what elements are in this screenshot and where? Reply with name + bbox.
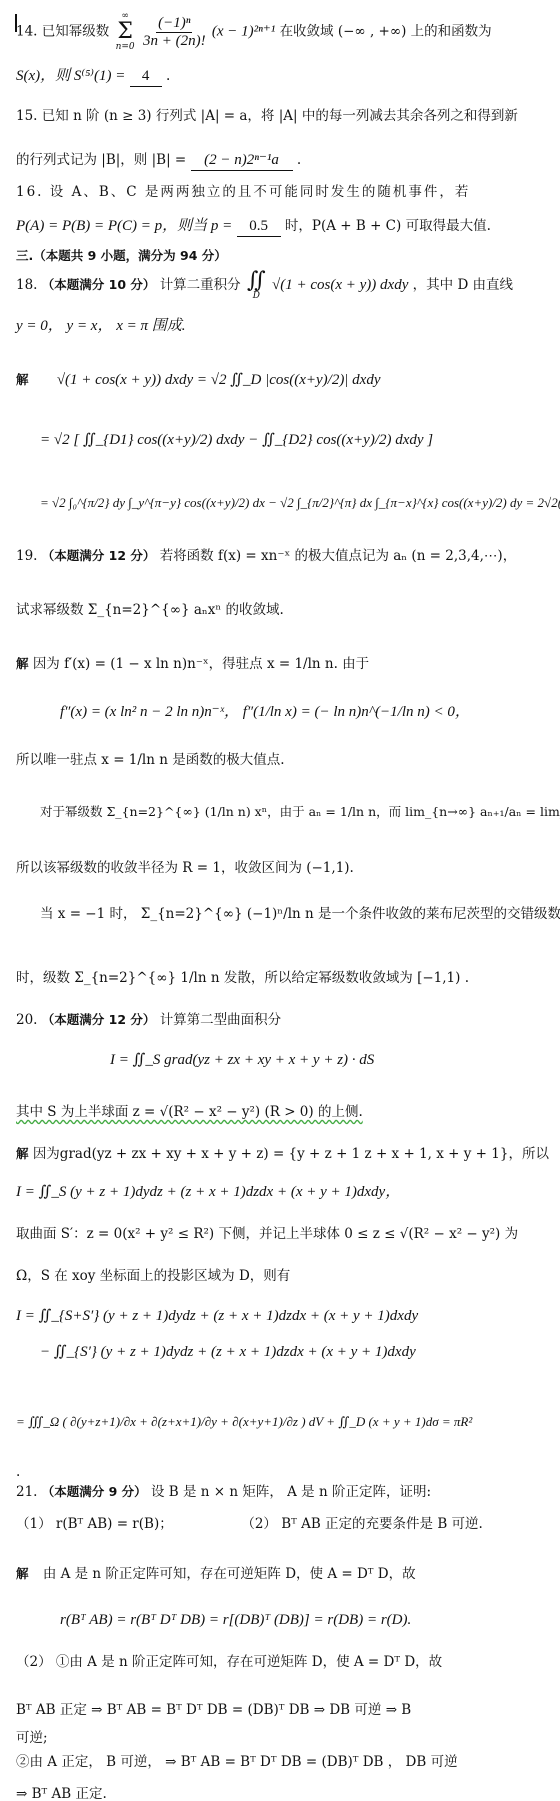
q21-line1: 21. （本题满分 9 分） 设 B 是 n × n 矩阵， A 是 n 阶正定…: [16, 1482, 431, 1502]
solution-step: √(1 + cos(x + y)) dxdy = √2 ∬_D |cos((x+…: [57, 372, 381, 388]
q19-sol6: 当 x = −1 时， Σ_{n=2}^{∞} (−1)ⁿ/ln n 是一个条件…: [40, 904, 560, 924]
q20-formula: I = ∬_S grad(yz + zx + xy + x + y + z) ·…: [110, 1050, 401, 1070]
q19-line1: 19. （本题满分 12 分） 若将函数 f(x) = xn⁻ˣ 的极大值点记为…: [16, 546, 516, 566]
integral-sub: D: [253, 292, 260, 301]
question-number: 16.: [16, 184, 43, 200]
q21-parts: （1） r(Bᵀ AB) = r(B)； （2） Bᵀ AB 正定的充要条件是 …: [16, 1514, 483, 1534]
q18-line2: y = 0， y = x， x = π 围成.: [16, 316, 186, 336]
condition-text: 其中 S 为上半球面 z = √(R² − x² − y²) (R > 0) 的…: [16, 1104, 363, 1120]
q20-line1: 20. （本题满分 12 分） 计算第二型曲面积分: [16, 1010, 281, 1030]
q15-line1: 15. 已知 n 阶 (n ≥ 3) 行列式 |A| = a，将 |A| 中的每…: [16, 106, 518, 126]
q18-text: 计算二重积分: [160, 277, 241, 293]
q18-text2: ，其中 D 由直线: [413, 277, 513, 293]
q20-sol4: Ω，S 在 xoy 坐标面上的投影区域为 D，则有: [16, 1266, 290, 1286]
q14-line1: 14. 已知幂级数 ∞ Σ n=0 (−1)ⁿ 3n + (2n)! (x − …: [16, 12, 492, 52]
q16-line2: P(A) = P(B) = P(C) = p，则当 p = 0.5 时，P(A …: [16, 216, 491, 237]
question-number: 18.: [16, 277, 37, 293]
q16-line2-prefix: P(A) = P(B) = P(C) = p，则当 p =: [16, 218, 232, 234]
integral-symbol: ∬: [247, 270, 266, 292]
solution-label: 解: [16, 656, 29, 671]
solution-step: 由 A 是 n 阶正定阵可知，存在可逆矩阵 D，使 A = Dᵀ D，故: [43, 1566, 416, 1582]
period: .: [166, 68, 170, 84]
q20-sol1: 解 因为grad(yz + zx + xy + x + y + z) = {y …: [16, 1144, 549, 1164]
q21-sol1: 解 由 A 是 n 阶正定阵可知，存在可逆矩阵 D，使 A = Dᵀ D，故: [16, 1564, 416, 1584]
q19-sol2: f″(x) = (x ln² n − 2 ln n)n⁻ˣ， f″(1/ln x…: [60, 702, 470, 722]
answer-blank: 0.5: [237, 216, 281, 237]
sum-symbol: ∞ Σ n=0: [116, 12, 135, 52]
q18-line1: 18. （本题满分 10 分） 计算二重积分 ∬ D √(1 + cos(x +…: [16, 270, 513, 301]
numerator: (−1)ⁿ: [156, 15, 192, 33]
double-integral: ∬ D: [247, 270, 266, 301]
score-label: （本题满分 12 分）: [42, 1012, 156, 1027]
question-number: 15.: [16, 108, 37, 124]
score-label: （本题满分 10 分）: [42, 277, 156, 292]
q21-text: 设 B 是 n × n 矩阵， A 是 n 阶正定阵，证明:: [151, 1484, 431, 1500]
part-2: （2） Bᵀ AB 正定的充要条件是 B 可逆.: [241, 1516, 483, 1532]
solution-label: 解: [16, 1146, 29, 1161]
q21-sol4: Bᵀ AB 正定 ⇒ Bᵀ AB = Bᵀ Dᵀ DB = (DB)ᵀ DB ⇒…: [16, 1700, 411, 1720]
q20-sol2: I = ∬_S (y + z + 1)dydz + (z + x + 1)dzd…: [16, 1182, 400, 1202]
q16-text: 设 A、B、C 是两两独立的且不可能同时发生的随机事件，若: [50, 184, 471, 200]
score-label: （本题满分 9 分）: [42, 1484, 147, 1499]
question-number: 20.: [16, 1012, 37, 1028]
q14-prefix: 已知幂级数: [42, 24, 110, 40]
denominator: 3n + (2n)!: [143, 33, 206, 50]
q19-line2: 试求幂级数 Σ_{n=2}^{∞} aₙxⁿ 的收敛域.: [16, 600, 284, 620]
q21-sol2: r(Bᵀ AB) = r(Bᵀ Dᵀ DB) = r[(DB)ᵀ (DB)] =…: [60, 1610, 411, 1630]
q20-sol7: = ∭_Ω ( ∂(y+z+1)/∂x + ∂(z+x+1)/∂y + ∂(x+…: [16, 1412, 472, 1432]
question-number: 19.: [16, 548, 37, 564]
q21-sol3: （2） ①由 A 是 n 阶正定阵可知，存在可逆矩阵 D，使 A = Dᵀ D，…: [16, 1652, 442, 1672]
q20-text: 计算第二型曲面积分: [160, 1012, 282, 1028]
series-fraction: (−1)ⁿ 3n + (2n)!: [143, 15, 206, 50]
q21-sol5: 可逆;: [16, 1728, 48, 1748]
q20-condition: 其中 S 为上半球面 z = √(R² − x² − y²) (R > 0) 的…: [16, 1102, 363, 1122]
solution-label: 解: [16, 1566, 29, 1581]
q19-sol3: 所以唯一驻点 x = 1/ln n 是函数的极大值点.: [16, 750, 285, 770]
q15-line2: 的行列式记为 |B|，则 |B| = (2 − n)2ⁿ⁻¹a .: [16, 150, 301, 171]
question-number: 14.: [16, 24, 37, 40]
q19-text: 若将函数 f(x) = xn⁻ˣ 的极大值点记为 aₙ (n = 2,3,4,⋯…: [160, 548, 517, 564]
q18-sol3: = √2 ∫₀^{π/2} dy ∫_y^{π−y} cos((x+y)/2) …: [40, 493, 560, 513]
q14-suffix: 在收敛域 (−∞ , +∞) 上的和函数为: [280, 24, 492, 40]
answer-blank: (2 − n)2ⁿ⁻¹a: [191, 150, 293, 171]
q21-sol6: ②由 A 正定， B 可逆， ⇒ Bᵀ AB = Bᵀ Dᵀ DB = (DB)…: [16, 1752, 458, 1772]
period: .: [297, 152, 301, 168]
q14-line2: S(x)，则 S⁽⁵⁾(1) = 4 .: [16, 66, 170, 87]
q20-sol8: .: [16, 1462, 20, 1482]
sum-lower: n=0: [116, 43, 135, 52]
integrand: √(1 + cos(x + y)) dxdy: [272, 277, 408, 293]
section-heading: 三.（本题共 9 小题，满分为 94 分）: [16, 246, 227, 266]
q16-suffix: 时，P(A + B + C) 可取得最大值.: [285, 218, 491, 234]
q15-line2-prefix: 的行列式记为 |B|，则 |B| =: [16, 152, 186, 168]
q20-sol5: I = ∬_{S+S′} (y + z + 1)dydz + (z + x + …: [16, 1306, 418, 1326]
q16-line1: 16. 设 A、B、C 是两两独立的且不可能同时发生的随机事件，若: [16, 182, 470, 202]
q19-sol1: 解 因为 f′(x) = (1 − x ln n)n⁻ˣ，得驻点 x = 1/l…: [16, 654, 369, 674]
factor: (x − 1)²ⁿ⁺¹: [212, 24, 275, 40]
solution-step: 因为 f′(x) = (1 − x ln n)n⁻ˣ，得驻点 x = 1/ln …: [33, 656, 369, 672]
q18-sol1: 解 √(1 + cos(x + y)) dxdy = √2 ∬_D |cos((…: [16, 370, 381, 390]
q21-sol7: ⇒ Bᵀ AB 正定.: [16, 1784, 107, 1801]
answer-blank: 4: [130, 66, 162, 87]
q20-sol6: − ∬_{S′} (y + z + 1)dydz + (z + x + 1)dz…: [40, 1342, 416, 1362]
score-label: （本题满分 12 分）: [42, 548, 156, 563]
q14-line2-prefix: S(x)，则 S⁽⁵⁾(1) =: [16, 68, 125, 84]
q19-sol5: 所以该幂级数的收敛半径为 R = 1，收敛区间为 (−1,1).: [16, 858, 354, 878]
sigma: Σ: [117, 21, 133, 43]
solution-step: 因为grad(yz + zx + xy + x + y + z) = {y + …: [33, 1146, 549, 1162]
q18-sol2: = √2 [ ∬_{D1} cos((x+y)/2) dxdy − ∬_{D2}…: [40, 430, 433, 450]
q20-sol3: 取曲面 S′：z = 0(x² + y² ≤ R²) 下侧，并记上半球体 0 ≤…: [16, 1224, 518, 1244]
question-number: 21.: [16, 1484, 37, 1500]
solution-label: 解: [16, 372, 29, 387]
q15-text: 已知 n 阶 (n ≥ 3) 行列式 |A| = a，将 |A| 中的每一列减去…: [42, 108, 518, 124]
q19-sol4: 对于幂级数 Σ_{n=2}^{∞} (1/ln n) xⁿ，由于 aₙ = 1/…: [40, 802, 560, 822]
q19-sol7: 时，级数 Σ_{n=2}^{∞} 1/ln n 发散，所以给定幂级数收敛域为 […: [16, 968, 469, 988]
part-1: （1） r(Bᵀ AB) = r(B)；: [16, 1516, 173, 1532]
